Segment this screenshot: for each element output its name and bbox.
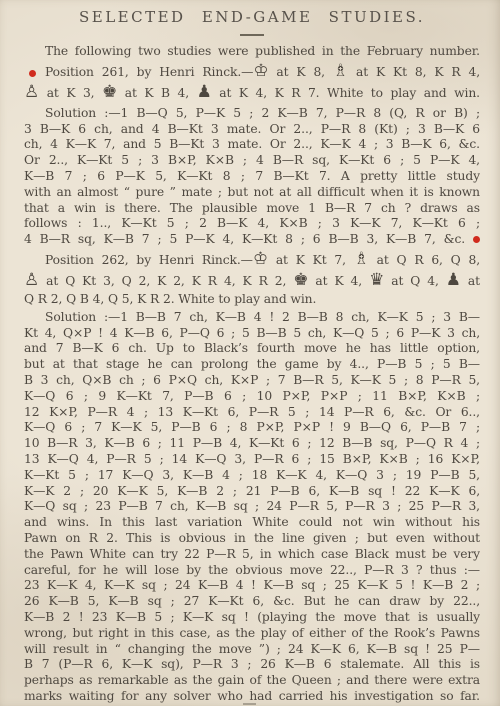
white-pawn-icon: ♙ — [24, 271, 39, 290]
black-king-icon: ♚ — [102, 83, 117, 102]
text-line: ♙ at Q Kt 3, Q 2, K 2, K R 4, K R 2, ♚ a… — [24, 271, 480, 292]
text-line: ch, 4 K—K 7, and 5 B—Kt 3 mate. Or 2.., … — [24, 137, 480, 153]
black-king-icon: ♚ — [293, 271, 308, 290]
text-line: B 7 (P—R 6, K—K sq), P—R 3 ; 26 K—B 6 st… — [24, 657, 480, 673]
white-bishop-icon: ♗ — [333, 62, 348, 81]
position-261-line: Position 261, by Henri Rinck.—♔ at K 8, … — [45, 65, 480, 79]
text-line: will result in “ changing the move ”) ; … — [24, 642, 480, 658]
white-pawn-icon: ♙ — [24, 83, 39, 102]
position-262-heading: Position 262, by Henri Rinck.—♔ at K Kt … — [24, 250, 480, 308]
text-line: and 7 B—K 6 ch. Up to Black’s fourth mov… — [24, 341, 480, 357]
white-king-icon: ♔ — [253, 62, 268, 81]
black-queen-icon: ♛ — [369, 271, 384, 290]
text-line: but at that stage he can prolong the gam… — [24, 357, 480, 373]
text-line: Solution :—1 B—Q 5, P—K 5 ; 2 K—B 7, P—R… — [24, 106, 480, 122]
text-line: wrong, but right in this case, as the pl… — [24, 626, 480, 642]
text-line: that a win is there. The plausible move … — [24, 201, 480, 217]
solution-262-paragraph: Solution :—1 B—B 7 ch, K—B 4 ! 2 B—B 8 c… — [24, 310, 480, 705]
text-line: Kt 4, Q×P ! 4 K—B 6, P—Q 6 ; 5 B—B 5 ch,… — [24, 326, 480, 342]
black-pawn-icon: ♟ — [446, 271, 461, 290]
red-marker-dot-icon — [29, 70, 36, 77]
text-line: 26 K—B 5, K—B sq ; 27 K—Kt 6, &c. But he… — [24, 594, 480, 610]
white-bishop-icon: ♗ — [354, 250, 369, 269]
text-line: 23 K—K 4, K—K sq ; 24 K—B 4 ! K—B sq ; 2… — [24, 578, 480, 594]
black-pawn-icon: ♟ — [197, 83, 212, 102]
text-line: K—Q sq ; 23 P—B 7 ch, K—B sq ; 24 P—R 5,… — [24, 499, 480, 515]
position-261-heading: Position 261, by Henri Rinck.—♔ at K 8, … — [24, 62, 480, 104]
text-line: 10 B—R 3, K—B 6 ; 11 P—B 4, K—Kt 6 ; 12 … — [24, 436, 480, 452]
text-line: B 3 ch, Q×B ch ; 6 P×Q ch, K×P ; 7 B—R 5… — [24, 373, 480, 389]
text-line: the Pawn White can try 22 P—R 5, in whic… — [24, 547, 480, 563]
text-line: Position 262, by Henri Rinck.—♔ at K Kt … — [24, 250, 480, 271]
title-rule — [240, 34, 264, 36]
text-line: K—Kt 5 ; 17 K—Q 3, K—B 4 ; 18 K—K 4, K—Q… — [24, 468, 480, 484]
text-line: follows : 1.., K—Kt 5 ; 2 B—K 4, K×B ; 3… — [24, 216, 480, 232]
text-line: The following two studies were published… — [24, 44, 480, 60]
text-line: K—Q 6 ; 7 K—K 5, P—B 6 ; 8 P×P, P×P ! 9 … — [24, 420, 480, 436]
white-king-icon: ♔ — [253, 250, 268, 269]
text-line: K—K 2 ; 20 K—K 5, K—B 2 ; 21 P—B 6, K—B … — [24, 484, 480, 500]
solution-261-paragraph: Solution :—1 B—Q 5, P—K 5 ; 2 K—B 7, P—R… — [24, 106, 480, 248]
text-line: 12 K×P, P—R 4 ; 13 K—Kt 6, P—R 5 ; 14 P—… — [24, 405, 480, 421]
text-line: with an almost “ pure ” mate ; but not a… — [24, 185, 480, 201]
text-line: careful, for he will lose by the obvious… — [24, 563, 480, 579]
text-line: K—B 2 ! 23 K—B 5 ; K—K sq ! (playing the… — [24, 610, 480, 626]
red-marker-dot-icon — [473, 236, 480, 243]
text-line: and wins. In this last variation White c… — [24, 515, 480, 531]
text-line: 13 K—Q 4, P—R 5 ; 14 K—Q 3, P—R 6 ; 15 B… — [24, 452, 480, 468]
text-line: ♙ at K 3, ♚ at K B 4, ♟ at K 4, K R 7. W… — [24, 83, 480, 104]
text-line: K—B 7 ; 6 P—K 5, K—Kt 8 ; 7 B—Kt 7. A pr… — [24, 169, 480, 185]
text-line: 4 B—R sq, K—B 7 ; 5 P—K 4, K—Kt 8 ; 6 B—… — [24, 232, 480, 248]
text-line: Solution :—1 B—B 7 ch, K—B 4 ! 2 B—B 8 c… — [24, 310, 480, 326]
text-line: Q R 2, Q B 4, Q 5, K R 2. White to play … — [24, 292, 480, 308]
solution-261-last-line: 4 B—R sq, K—B 7 ; 5 P—K 4, K—Kt 8 ; 6 B—… — [24, 232, 465, 246]
text-line: 3 B—K 6 ch, and 4 B—Kt 3 mate. Or 2.., P… — [24, 122, 480, 138]
text-line: Or 2.., K—Kt 5 ; 3 B×P, K×B ; 4 B—R sq, … — [24, 153, 480, 169]
text-line: Position 261, by Henri Rinck.—♔ at K 8, … — [24, 62, 480, 83]
bottom-page-mark — [243, 703, 256, 705]
text-line: Pawn on R 2. This is obvious in the line… — [24, 531, 480, 547]
intro-paragraph: The following two studies were published… — [24, 44, 480, 60]
scanned-book-page: SELECTED END-GAME STUDIES. The following… — [0, 0, 500, 706]
text-line: K—Q 6 ; 9 K—Kt 7, P—B 6 ; 10 P×P, P×P ; … — [24, 389, 480, 405]
text-line: perhaps as remarkable as the gain of the… — [24, 673, 480, 689]
page-title: SELECTED END-GAME STUDIES. — [24, 8, 480, 26]
